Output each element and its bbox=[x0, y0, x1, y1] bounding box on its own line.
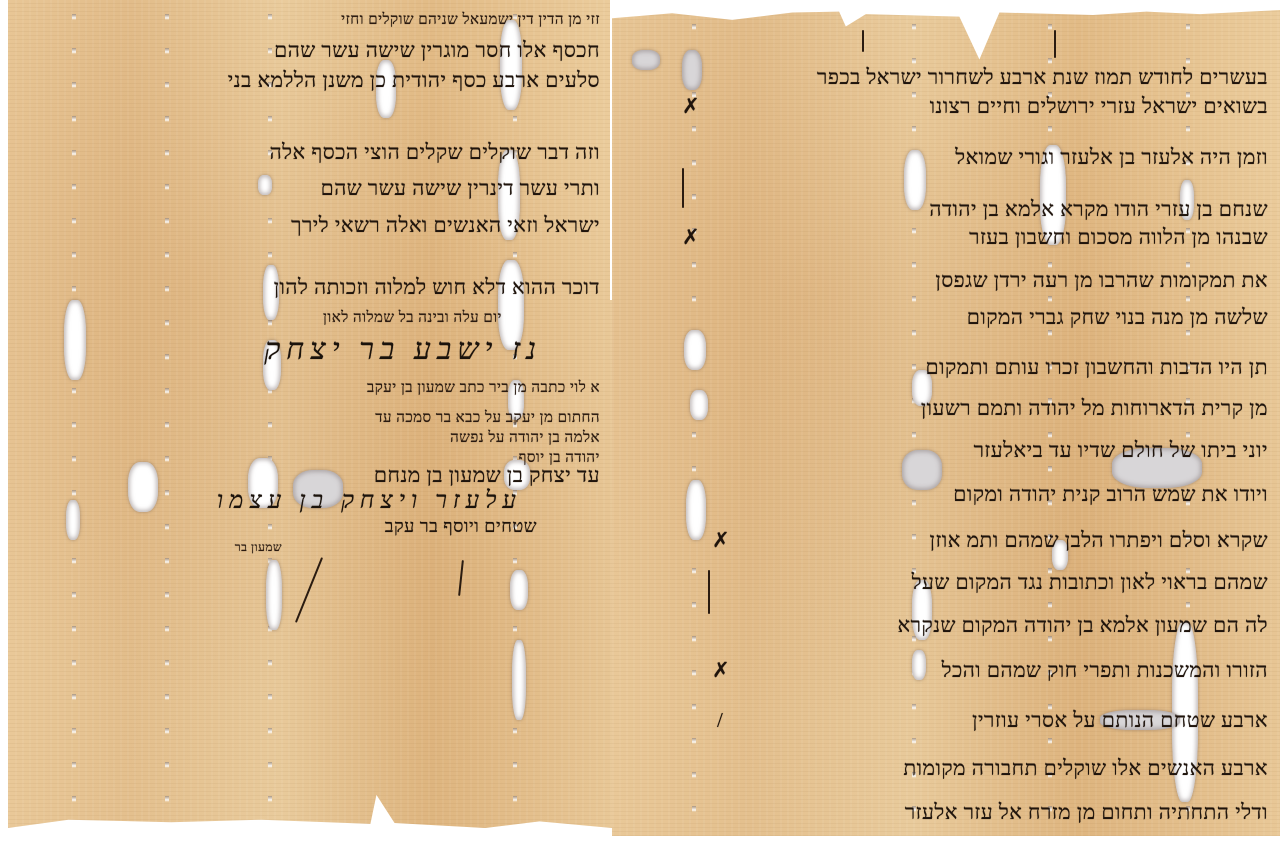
papyrus-sheet-right: בעשרים לחודש תמוז שנת ארבע לשחרור ישראל … bbox=[612, 10, 1280, 836]
text-line: ישראל וזאי האנשים ואלה רשאי לירך bbox=[40, 213, 600, 238]
ink-stroke bbox=[682, 168, 684, 208]
ink-stroke bbox=[862, 30, 864, 52]
papyrus-hole bbox=[266, 560, 282, 630]
witness-line: אלמה בן יהודה על נפשה bbox=[120, 430, 600, 447]
margin-mark: ✗ bbox=[712, 658, 742, 683]
papyrus-hole bbox=[500, 20, 522, 110]
text-line: ארבע שטחם הנותם על אסרי עוזרין bbox=[658, 708, 1268, 733]
ink-stroke bbox=[1054, 30, 1056, 58]
text-line: לה הם שמעון אלמא בן יהודה המקום שנקרא bbox=[658, 613, 1268, 638]
text-line: הזורו והמשכנות ותפרי חוק שמהם והכל bbox=[658, 658, 1268, 683]
papyrus-hole bbox=[510, 570, 528, 610]
text-line: יום עלה ובינה בל שמלוה לאון bbox=[82, 310, 502, 327]
text-line: זזי מן הדין דין ישמעאל שניהם שוקלים וחזי bbox=[40, 12, 600, 29]
text-line: וזמן היה אלעזר בן אלעזר וגורי שמואל bbox=[658, 145, 1268, 170]
text-line: ותרי עשר דינרין שישה עשר שהם bbox=[40, 176, 600, 201]
text-line: ויודו את שמש הרוב קנית יהודה ומקום bbox=[658, 482, 1268, 507]
ink-stroke bbox=[458, 560, 464, 596]
text-line: ודלי התחתיה ותחום מן מזרח אל עזר אלעזר bbox=[658, 800, 1268, 825]
papyrus-sheet-left: זזי מן הדין דין ישמעאל שניהם שוקלים וחזי… bbox=[8, 0, 612, 828]
text-line: שמהם בראוי לאון וכתובות נגד המקום שעל bbox=[658, 570, 1268, 595]
text-line: שנחם בן עזרי הודו מקרא אלמא בן יהודה bbox=[658, 197, 1268, 222]
witness-line: החתום מן יעקב על כבא בר סמכה עד bbox=[40, 410, 600, 427]
text-line: את תמקומות שהרבו מן רעה ירדן שגפסן bbox=[658, 268, 1268, 293]
witness-line: עד יצחק בן שמעון בן מנחם bbox=[40, 463, 600, 488]
text-line: שלשה מן מנה בנוי שחק גברי המקום bbox=[658, 305, 1268, 330]
margin-mark: ✗ bbox=[712, 528, 742, 553]
margin-mark: ✗ bbox=[682, 94, 712, 119]
ink-stroke bbox=[708, 570, 710, 614]
margin-mark: ✗ bbox=[682, 225, 712, 250]
text-line: שקרא וסלם ויפתרו הלבן שמהם ותמ אוזן bbox=[658, 528, 1268, 553]
text-line: מן קרית הדארוחות מל יהודה ותמם רשעון bbox=[658, 396, 1268, 421]
text-line: בשואים ישראל עזרי ירושלים וחיים רצונו bbox=[658, 94, 1268, 119]
text-line: סלעים ארבע כסף יהודית כן משנן הללמא בני bbox=[40, 68, 600, 93]
signature-line: שטחים ויוסף בר עקב bbox=[117, 516, 537, 537]
margin-mark: / bbox=[717, 708, 747, 733]
papyrus-hole bbox=[512, 640, 526, 720]
papyrus-hole bbox=[632, 50, 660, 70]
text-line: דוכר ההוא דלא חוש למלוה וזכותה להון bbox=[70, 275, 600, 300]
witness-line: שמעון בר bbox=[82, 540, 282, 555]
text-line: יוני ביתו של חולם שדיו עד ביאלעזר bbox=[658, 438, 1268, 463]
witness-line: א לוי כתבה מן ביר כתב שמעון בן יעקב bbox=[40, 380, 600, 397]
papyrus-hole bbox=[66, 500, 80, 540]
ink-stroke bbox=[295, 557, 323, 623]
text-line: וזה דבר שוקלים שקלים הוצי הכסף אלה bbox=[40, 140, 600, 165]
text-line: חכסף אלו חסר מוגרין שישה עשר שהם bbox=[40, 38, 600, 63]
text-line: ארבע האנשים אלו שוקלים תחבורה מקומות bbox=[658, 756, 1268, 781]
signature-line: עלעזר ויצחק בן עצמו bbox=[102, 488, 522, 515]
text-line: בעשרים לחודש תמוז שנת ארבע לשחרור ישראל … bbox=[658, 65, 1268, 90]
signature-line: נז ישבע בר יצחק bbox=[82, 333, 542, 367]
text-line: תן היו הדבות והחשבון זכרו עותם ותמקום bbox=[658, 355, 1268, 380]
text-line: שבנהו מן הלווה מסכום וחשבון בעזר bbox=[658, 225, 1268, 250]
